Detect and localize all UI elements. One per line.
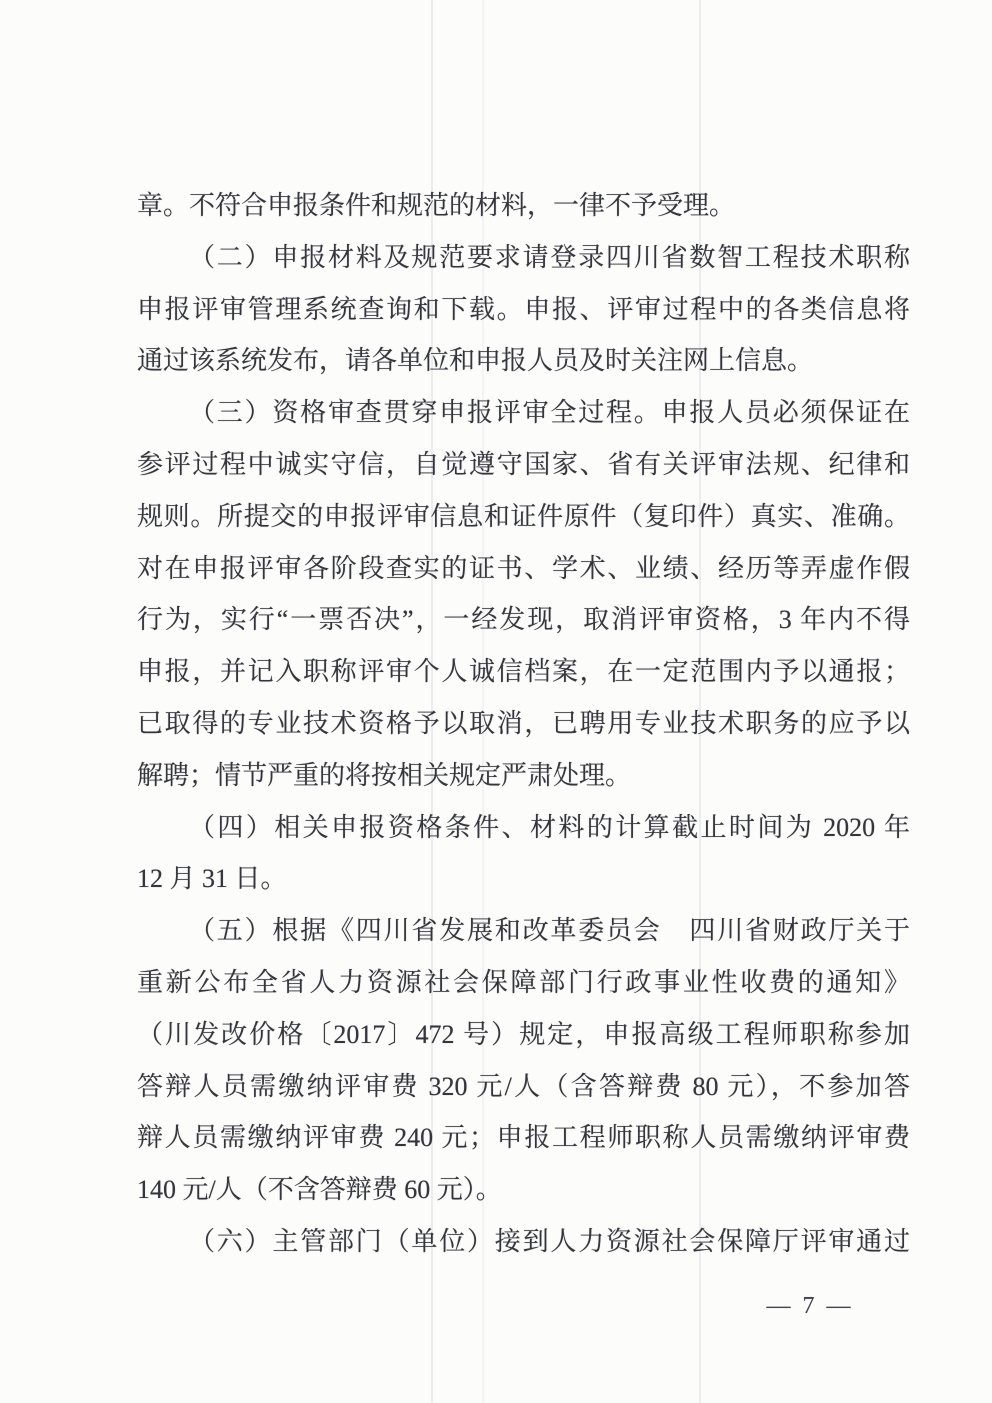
text-line: （四）相关申报资格条件、材料的计算截止时间为 2020 年: [137, 802, 910, 854]
text-line: 答辩人员需缴纳评审费 320 元/人（含答辩费 80 元），不参加答: [137, 1061, 910, 1113]
document-body: 章。不符合申报条件和规范的材料，一律不予受理。（二）申报材料及规范要求请登录四川…: [137, 180, 910, 1268]
text-line: 辩人员需缴纳评审费 240 元；申报工程师职称人员需缴纳评审费: [137, 1112, 910, 1164]
text-line: 通过该系统发布，请各单位和申报人员及时关注网上信息。: [137, 335, 910, 387]
text-line: 参评过程中诚实守信，自觉遵守国家、省有关评审法规、纪律和: [137, 439, 910, 491]
text-line: 已取得的专业技术资格予以取消，已聘用专业技术职务的应予以: [137, 698, 910, 750]
text-line: 对在申报评审各阶段查实的证书、学术、业绩、经历等弄虚作假: [137, 543, 910, 595]
text-line: 解聘；情节严重的将按相关规定严肃处理。: [137, 750, 910, 802]
text-line: 140 元/人（不含答辩费 60 元）。: [137, 1164, 910, 1216]
text-line: 重新公布全省人力资源社会保障部门行政事业性收费的通知》: [137, 957, 910, 1009]
text-line: 申报评审管理系统查询和下载。申报、评审过程中的各类信息将: [137, 284, 910, 336]
text-line: 申报，并记入职称评审个人诚信档案，在一定范围内予以通报；: [137, 646, 910, 698]
text-line: 行为，实行“一票否决”，一经发现，取消评审资格，3 年内不得: [137, 594, 910, 646]
page-number: — 7 —: [745, 1288, 875, 1324]
text-line: （六）主管部门（单位）接到人力资源社会保障厅评审通过: [137, 1216, 910, 1268]
text-line: （川发改价格〔2017〕472 号）规定，申报高级工程师职称参加: [137, 1009, 910, 1061]
document-page: 章。不符合申报条件和规范的材料，一律不予受理。（二）申报材料及规范要求请登录四川…: [0, 0, 992, 1403]
text-line: （三）资格审查贯穿申报评审全过程。申报人员必须保证在: [137, 387, 910, 439]
text-line: 章。不符合申报条件和规范的材料，一律不予受理。: [137, 180, 910, 232]
text-line: 规则。所提交的申报评审信息和证件原件（复印件）真实、准确。: [137, 491, 910, 543]
text-line: （二）申报材料及规范要求请登录四川省数智工程技术职称: [137, 232, 910, 284]
text-line: （五）根据《四川省发展和改革委员会 四川省财政厅关于: [137, 905, 910, 957]
text-line: 12 月 31 日。: [137, 853, 910, 905]
